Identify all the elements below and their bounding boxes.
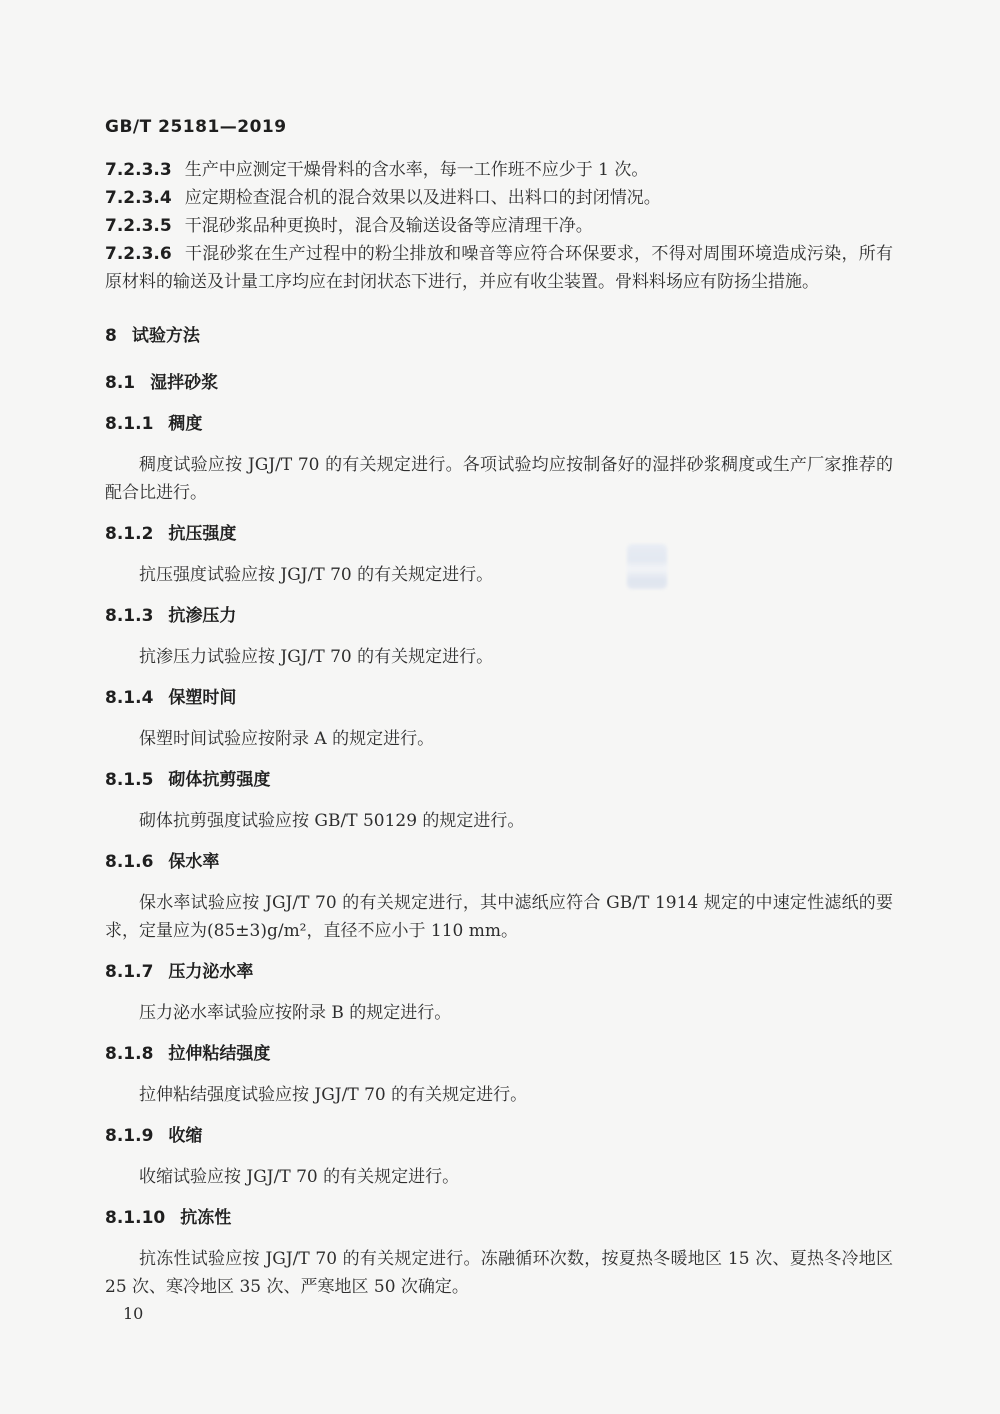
subsection-title: 保塑时间: [168, 688, 236, 708]
subsection-heading: 8.1.4保塑时间: [105, 684, 893, 712]
subsection-body: 收缩试验应按 JGJ/T 70 的有关规定进行。: [105, 1163, 893, 1191]
subsection-number: 8.1.5: [105, 770, 153, 790]
subsection-heading: 8.1.10抗冻性: [105, 1204, 893, 1232]
subsection-number: 8.1.8: [105, 1044, 153, 1064]
subsection-number: 8.1.1: [105, 414, 153, 434]
subsection-title: 抗渗压力: [168, 606, 236, 626]
clause-item: 7.2.3.6干混砂浆在生产过程中的粉尘排放和噪音等应符合环保要求，不得对周围环…: [105, 240, 893, 296]
running-header: GB/T 25181—2019: [105, 113, 893, 141]
subsection-number: 8.1.7: [105, 962, 153, 982]
clause-text: 生产中应测定干燥骨料的含水率，每一工作班不应少于 1 次。: [185, 160, 649, 180]
subsection-number: 8.1.10: [105, 1208, 165, 1228]
subsection-heading: 8.1.5砌体抗剪强度: [105, 766, 893, 794]
subsection-body: 抗压强度试验应按 JGJ/T 70 的有关规定进行。: [105, 561, 893, 589]
subsection-body: 保塑时间试验应按附录 A 的规定进行。: [105, 725, 893, 753]
subsection-heading: 8.1.6保水率: [105, 848, 893, 876]
subsection-number: 8.1.9: [105, 1126, 153, 1146]
subsection-heading: 8.1.3抗渗压力: [105, 602, 893, 630]
subsection-number: 8.1.2: [105, 524, 153, 544]
clause-number: 7.2.3.4: [105, 188, 172, 208]
subsection-number: 8.1.6: [105, 852, 153, 872]
subsection-body: 抗渗压力试验应按 JGJ/T 70 的有关规定进行。: [105, 643, 893, 671]
subsection-body: 压力泌水率试验应按附录 B 的规定进行。: [105, 999, 893, 1027]
page-number: 10: [123, 1300, 143, 1328]
clause-number: 7.2.3.5: [105, 216, 172, 236]
document-page: GB/T 25181—2019 7.2.3.3生产中应测定干燥骨料的含水率，每一…: [0, 0, 1000, 1414]
chapter-number: 8: [105, 326, 117, 346]
subsection-body: 抗冻性试验应按 JGJ/T 70 的有关规定进行。冻融循环次数，按夏热冬暖地区 …: [105, 1245, 893, 1301]
clause-list: 7.2.3.3生产中应测定干燥骨料的含水率，每一工作班不应少于 1 次。 7.2…: [105, 156, 893, 296]
clause-item: 7.2.3.5干混砂浆品种更换时，混合及输送设备等应清理干净。: [105, 212, 893, 240]
subsection-heading: 8.1.8拉伸粘结强度: [105, 1040, 893, 1068]
section-heading: 8.1湿拌砂浆: [105, 369, 893, 397]
subsection-title: 拉伸粘结强度: [168, 1044, 270, 1064]
clause-text: 干混砂浆在生产过程中的粉尘排放和噪音等应符合环保要求，不得对周围环境造成污染，所…: [105, 244, 893, 292]
clause-item: 7.2.3.3生产中应测定干燥骨料的含水率，每一工作班不应少于 1 次。: [105, 156, 893, 184]
subsection-title: 保水率: [168, 852, 219, 872]
clause-item: 7.2.3.4应定期检查混合机的混合效果以及进料口、出料口的封闭情况。: [105, 184, 893, 212]
subsection-number: 8.1.3: [105, 606, 153, 626]
subsection-title: 抗压强度: [168, 524, 236, 544]
subsection-title: 压力泌水率: [168, 962, 253, 982]
subsection-body: 砌体抗剪强度试验应按 GB/T 50129 的规定进行。: [105, 807, 893, 835]
subsection-title: 抗冻性: [180, 1208, 231, 1228]
section-title: 湿拌砂浆: [150, 373, 218, 393]
subsection-heading: 8.1.7压力泌水率: [105, 958, 893, 986]
clause-text: 应定期检查混合机的混合效果以及进料口、出料口的封闭情况。: [185, 188, 661, 208]
clause-number: 7.2.3.6: [105, 244, 172, 264]
subsection-title: 稠度: [168, 414, 202, 434]
subsection-heading: 8.1.9收缩: [105, 1122, 893, 1150]
subsection-title: 收缩: [168, 1126, 202, 1146]
chapter-title: 试验方法: [132, 326, 200, 346]
subsection-heading: 8.1.1稠度: [105, 410, 893, 438]
section-number: 8.1: [105, 373, 135, 393]
subsection-heading: 8.1.2抗压强度: [105, 520, 893, 548]
subsection-number: 8.1.4: [105, 688, 153, 708]
clause-number: 7.2.3.3: [105, 160, 172, 180]
clause-text: 干混砂浆品种更换时，混合及输送设备等应清理干净。: [185, 216, 593, 236]
subsection-body: 保水率试验应按 JGJ/T 70 的有关规定进行，其中滤纸应符合 GB/T 19…: [105, 889, 893, 945]
subsection-body: 稠度试验应按 JGJ/T 70 的有关规定进行。各项试验均应按制备好的湿拌砂浆稠…: [105, 451, 893, 507]
chapter-heading: 8试验方法: [105, 322, 893, 350]
subsection-body: 拉伸粘结强度试验应按 JGJ/T 70 的有关规定进行。: [105, 1081, 893, 1109]
subsection-title: 砌体抗剪强度: [168, 770, 270, 790]
